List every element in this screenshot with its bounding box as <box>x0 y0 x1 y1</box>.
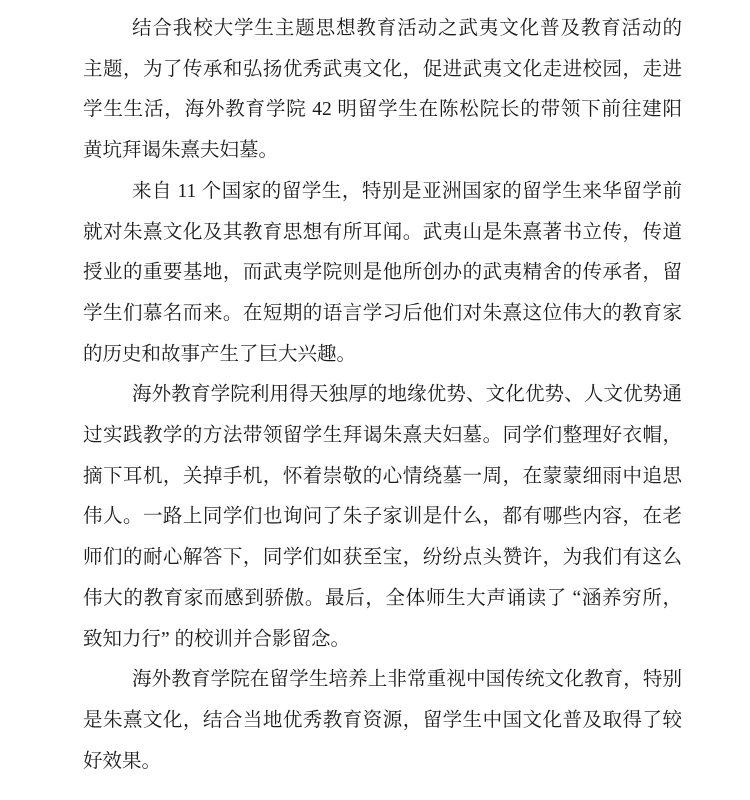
paragraph-3: 海外教育学院利用得天独厚的地缘优势、文化优势、人文优势通 过实践教学的方法带领留… <box>83 375 682 660</box>
text-line: 海外教育学院利用得天独厚的地缘优势、文化优势、人文优势通 <box>83 375 682 416</box>
text-line: 伟人。一路上同学们也询问了朱子家训是什么，都有哪些内容，在老 <box>83 497 682 538</box>
text-line: 师们的耐心解答下，同学们如获至宝，纷纷点头赞许，为我们有这么 <box>83 538 682 579</box>
text-line: 就对朱熹文化及其教育思想有所耳闻。武夷山是朱熹著书立传，传道 <box>83 213 682 254</box>
text-line: 主题，为了传承和弘扬优秀武夷文化，促进武夷文化走进校园，走进 <box>83 50 682 91</box>
text-line: 来自 11 个国家的留学生，特别是亚洲国家的留学生来华留学前 <box>83 172 682 213</box>
document-body: 结合我校大学生主题思想教育活动之武夷文化普及教育活动的 主题，为了传承和弘扬优秀… <box>83 0 682 782</box>
text-line: 过实践教学的方法带领留学生拜谒朱熹夫妇墓。同学们整理好衣帽， <box>83 416 682 457</box>
document-page: 结合我校大学生主题思想教育活动之武夷文化普及教育活动的 主题，为了传承和弘扬优秀… <box>0 0 750 800</box>
text-line: 学生生活，海外教育学院 42 明留学生在陈松院长的带领下前往建阳 <box>83 90 682 131</box>
text-line: 海外教育学院在留学生培养上非常重视中国传统文化教育，特别 <box>83 660 682 701</box>
text-line: 伟大的教育家而感到骄傲。最后，全体师生大声诵读了 “涵养穷所， <box>83 579 682 620</box>
paragraph-1: 结合我校大学生主题思想教育活动之武夷文化普及教育活动的 主题，为了传承和弘扬优秀… <box>83 9 682 172</box>
text-line: 是朱熹文化，结合当地优秀教育资源，留学生中国文化普及取得了较 <box>83 701 682 742</box>
text-line: 摘下耳机，关掉手机，怀着崇敬的心情绕墓一周，在蒙蒙细雨中追思 <box>83 457 682 498</box>
text-line: 致知力行” 的校训并合影留念。 <box>83 620 682 661</box>
text-line: 授业的重要基地，而武夷学院则是他所创办的武夷精舍的传承者，留 <box>83 253 682 294</box>
paragraph-2: 来自 11 个国家的留学生，特别是亚洲国家的留学生来华留学前 就对朱熹文化及其教… <box>83 172 682 376</box>
text-line: 黄坑拜谒朱熹夫妇墓。 <box>83 131 682 172</box>
paragraph-4: 海外教育学院在留学生培养上非常重视中国传统文化教育，特别 是朱熹文化，结合当地优… <box>83 660 682 782</box>
text-line: 的历史和故事产生了巨大兴趣。 <box>83 335 682 376</box>
text-line: 结合我校大学生主题思想教育活动之武夷文化普及教育活动的 <box>83 9 682 50</box>
text-line: 好效果。 <box>83 742 682 783</box>
text-line: 学生们慕名而来。在短期的语言学习后他们对朱熹这位伟大的教育家 <box>83 294 682 335</box>
